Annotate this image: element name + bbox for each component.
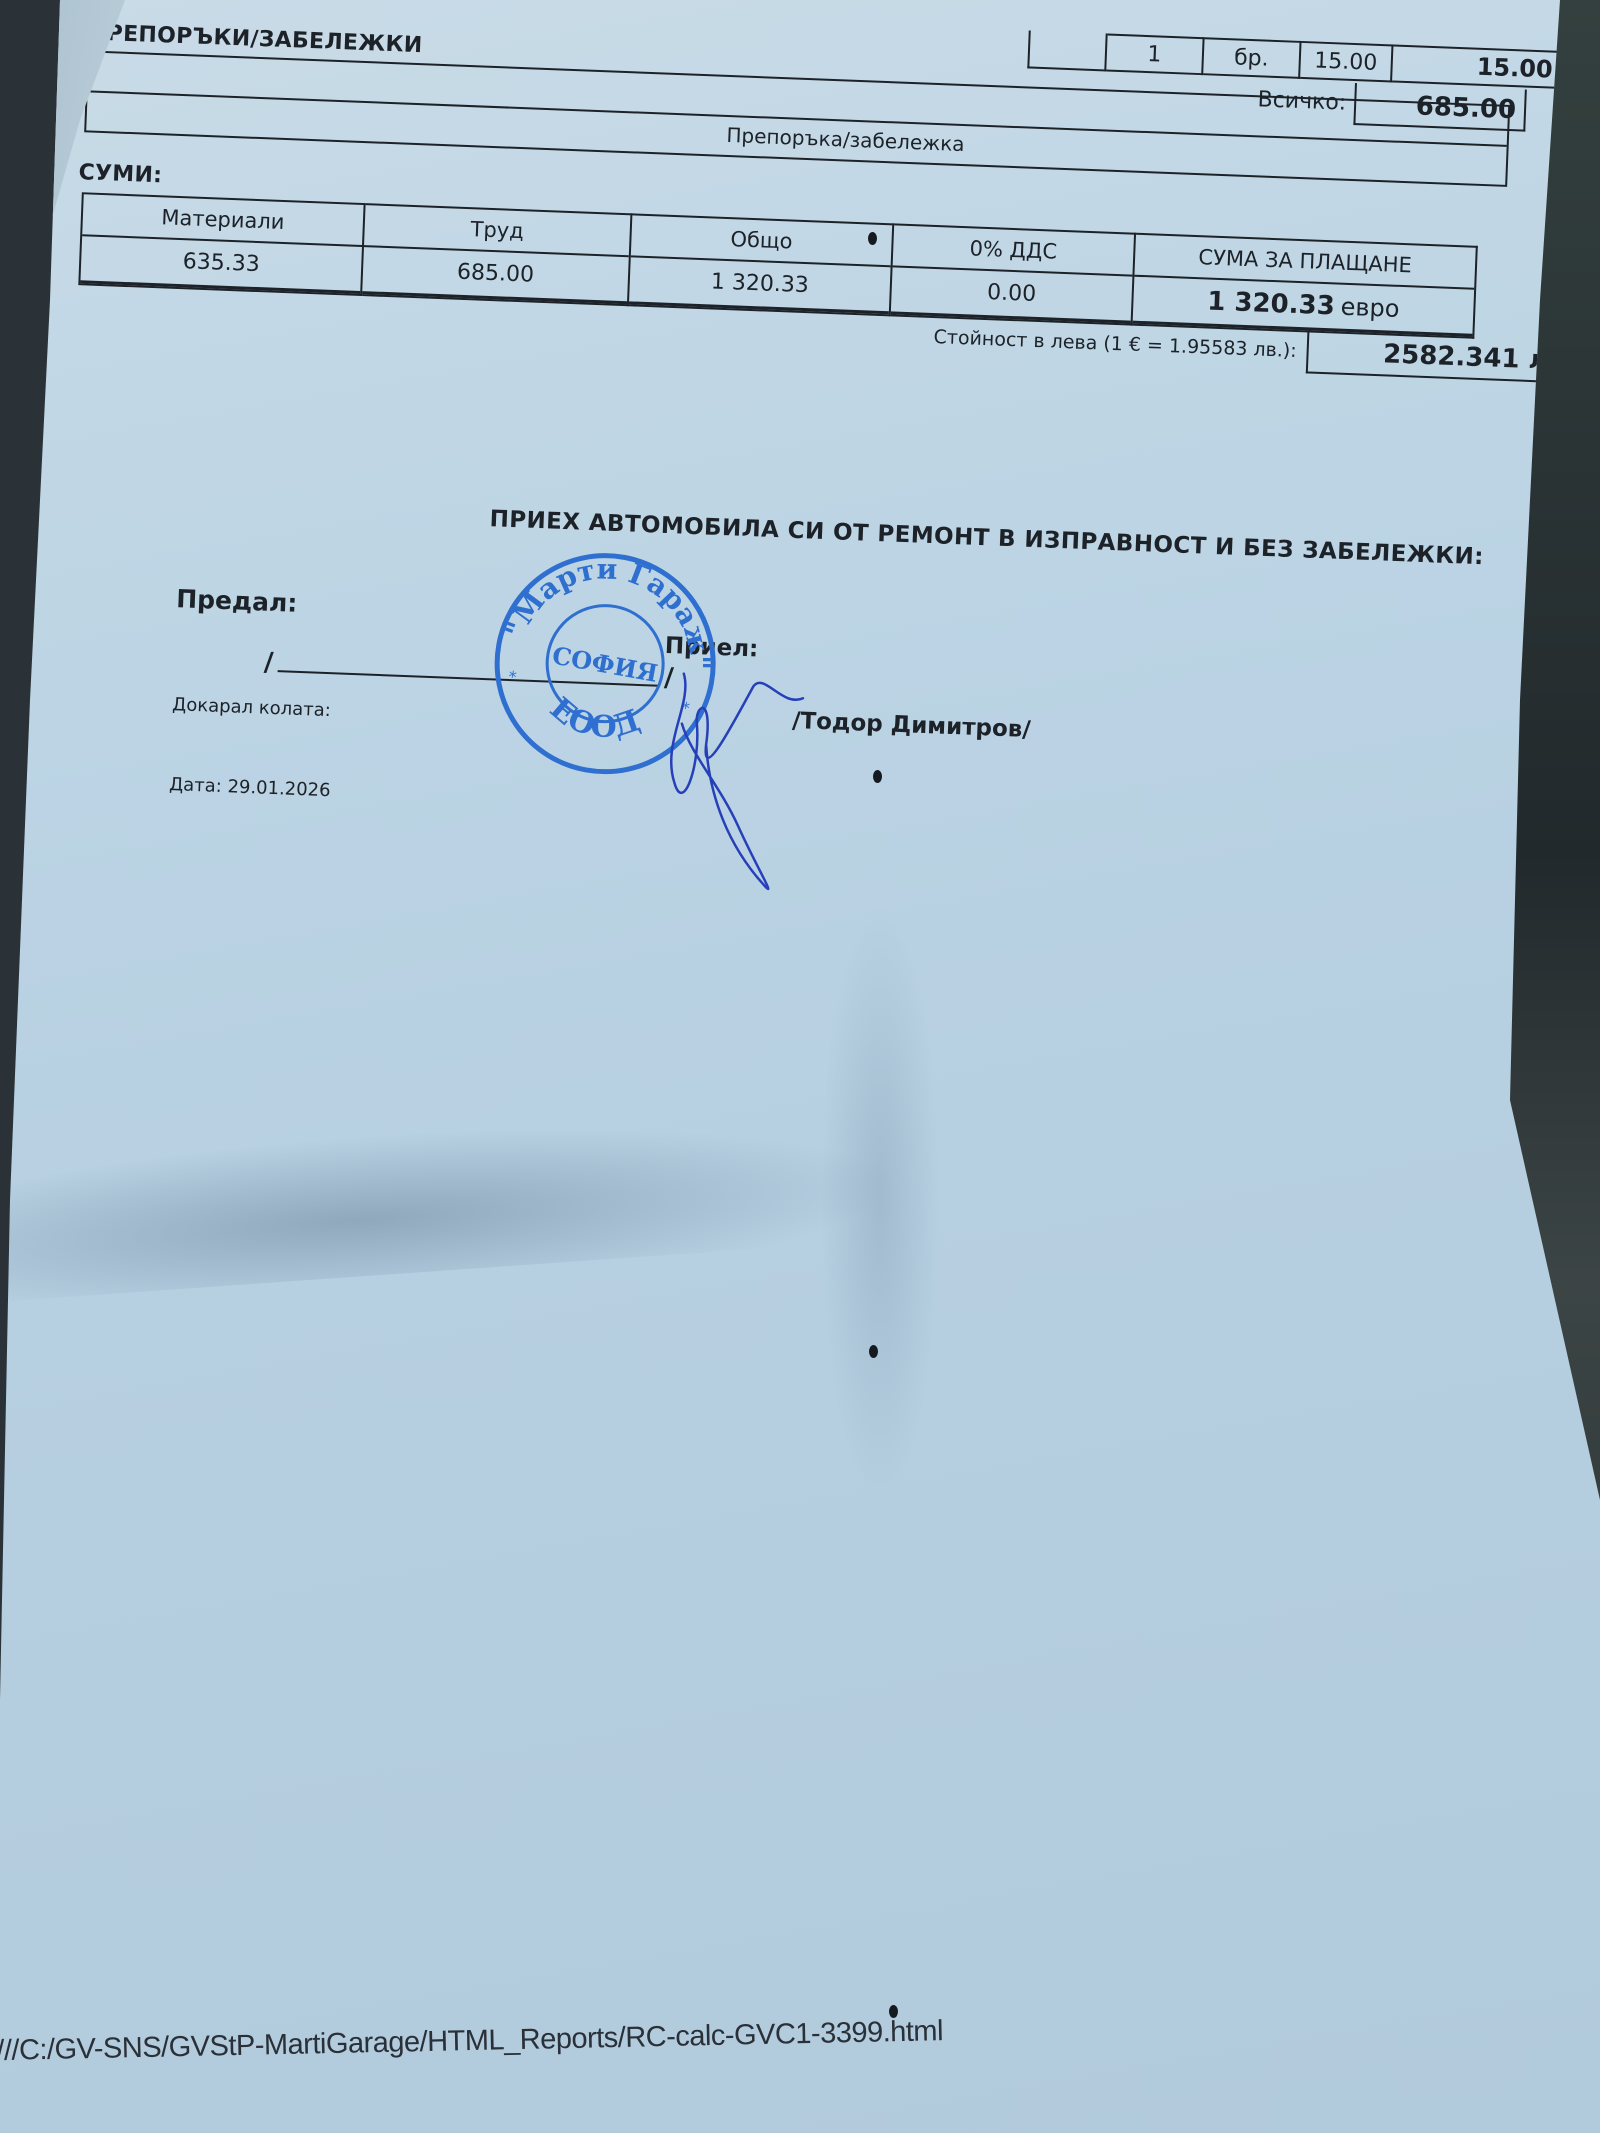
handwritten-signature-icon <box>645 663 814 899</box>
punch-hole <box>869 1345 878 1358</box>
sums-col-total: Общо 1 320.33 <box>629 213 894 316</box>
line-item-unit-price: 15.00 <box>1300 41 1393 83</box>
sums-col-materials: Материали 635.33 <box>78 192 365 296</box>
sums-value: 1 320.33 <box>629 257 891 314</box>
invoice-content: 1 бр. 15.00 15.00 Всичко: 685.00 ПРЕПОРЪ… <box>80 0 1559 37</box>
sums-value: 635.33 <box>80 236 362 294</box>
document-date: Дата: 29.01.2026 <box>169 774 331 801</box>
sums-value: 0.00 <box>891 267 1133 323</box>
recommendation-column-label: Препоръка/забележка <box>726 123 965 156</box>
handed-over-label: Предал: <box>176 584 298 618</box>
paper-sheet: 1 бр. 15.00 15.00 Всичко: 685.00 ПРЕПОРЪ… <box>0 0 1600 2133</box>
sums-col-vat: 0% ДДС 0.00 <box>891 223 1136 325</box>
svg-text:*: * <box>507 667 518 687</box>
stamp-city-text: СОФИЯ <box>550 640 660 687</box>
sums-col-amount-due: СУМА ЗА ПЛАЩАНЕ 1 320.33евро <box>1133 233 1478 339</box>
receiver-name: /Тодор Димитров/ <box>792 708 1032 743</box>
line-item-total: 15.00 <box>1392 44 1563 88</box>
sums-value: 685.00 <box>362 247 629 304</box>
amount-due-currency: евро <box>1340 293 1400 323</box>
sums-col-labor: Труд 685.00 <box>362 203 632 306</box>
brought-car-label: Докарал колата: <box>172 694 331 721</box>
punch-hole <box>873 770 882 783</box>
signature-slash-left: / <box>263 648 274 678</box>
amount-due-number: 1 320.33 <box>1207 287 1336 322</box>
line-item-spacer <box>1027 30 1107 71</box>
paper-fold-shadow <box>0 1099 904 1301</box>
sums-table: Материали 635.33 Труд 685.00 Общо 1 320.… <box>78 192 1478 339</box>
paper-crease-shadow <box>820 900 940 1500</box>
sums-title: СУМИ: <box>78 160 163 188</box>
print-footer-path: ///C:/GV-SNS/GVStP-MartiGarage/HTML_Repo… <box>0 2015 943 2068</box>
line-item-quantity: 1 <box>1106 33 1204 75</box>
line-item-unit: бр. <box>1203 37 1301 79</box>
